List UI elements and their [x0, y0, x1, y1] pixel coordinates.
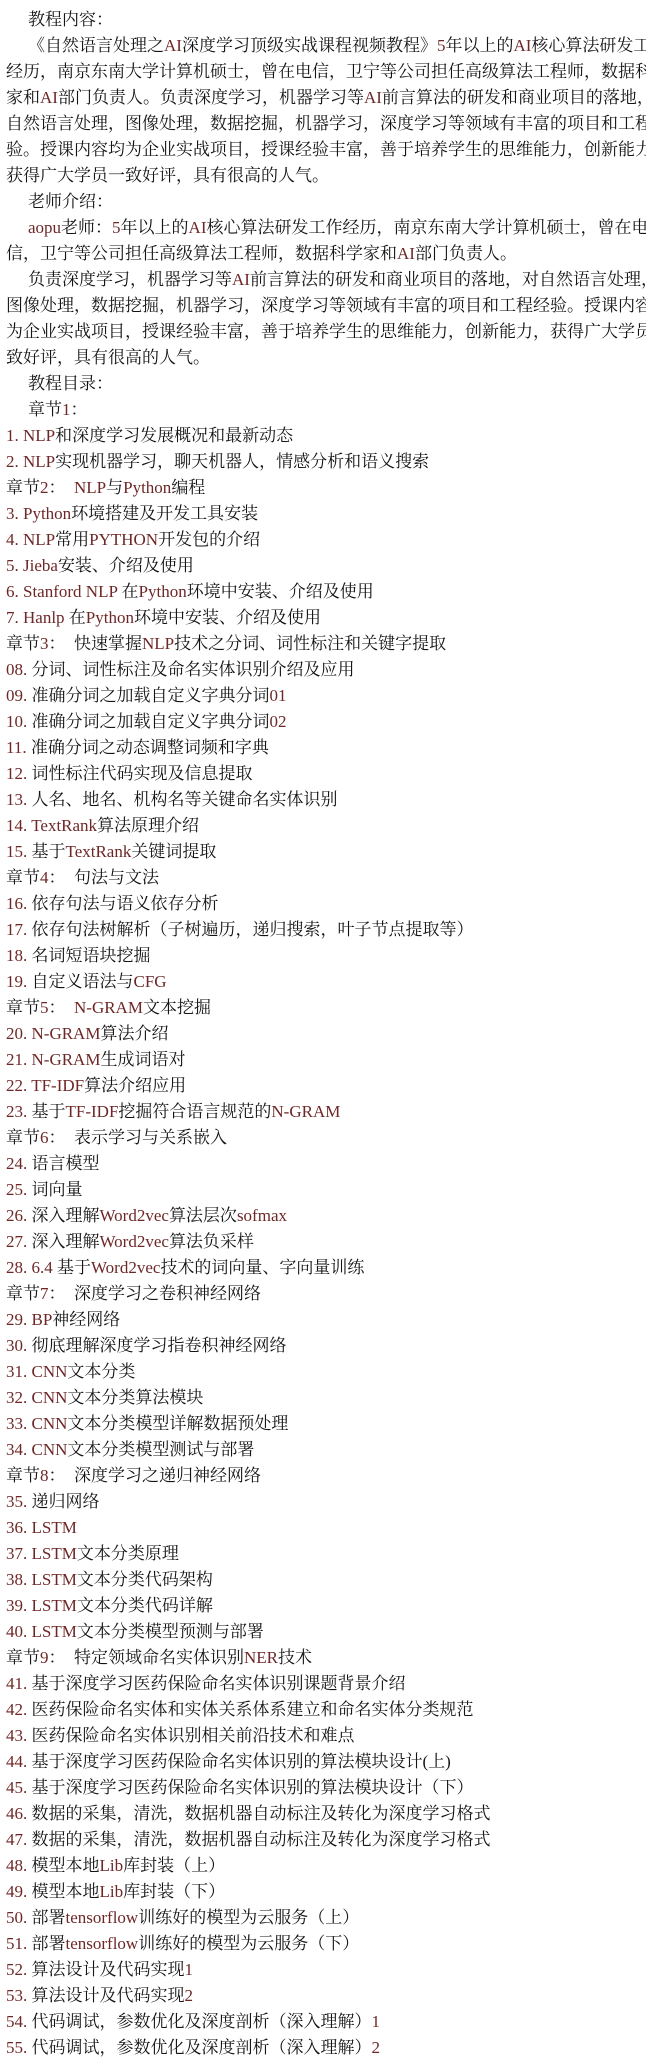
latin-text: Word2vec	[100, 1206, 169, 1225]
catalog-item: 09. 准确分词之加载自定义字典分词01	[6, 683, 646, 709]
latin-text: sofmax	[237, 1206, 287, 1225]
latin-text: 16.	[6, 894, 27, 913]
latin-text: 53.	[6, 1986, 27, 2005]
latin-text: Jieba	[23, 556, 58, 575]
latin-text: 25.	[6, 1180, 27, 1199]
catalog-item: 13. 人名、地名、机构名等关键命名实体识别	[6, 787, 646, 813]
latin-text: TextRank	[66, 842, 132, 861]
catalog-item: 29. BP神经网络	[6, 1307, 646, 1333]
catalog-item: 17. 依存句法树解析（子树遍历，递归搜索，叶子节点提取等）	[6, 917, 646, 943]
catalog-item: 10. 准确分词之加载自定义字典分词02	[6, 709, 646, 735]
intro-line: 章节1：	[6, 397, 646, 423]
chapter-heading: 章节8： 深度学习之递归神经网络	[6, 1463, 646, 1489]
catalog-item: 45. 基于深度学习医药保险命名实体识别的算法模块设计（下）	[6, 1775, 646, 1801]
catalog-item: 47. 数据的采集，清洗，数据机器自动标注及转化为深度学习格式	[6, 1827, 646, 1853]
catalog-item: 11. 准确分词之动态调整词频和字典	[6, 735, 646, 761]
latin-text: LSTM	[32, 1570, 77, 1589]
latin-text: CNN	[32, 1388, 68, 1407]
catalog-item: 2. NLP实现机器学习，聊天机器人，情感分析和语义搜索	[6, 449, 646, 475]
catalog-item: 30. 彻底理解深度学习指卷积神经网络	[6, 1333, 646, 1359]
latin-text: tensorflow	[66, 1908, 139, 1927]
catalog-item: 38. LSTM文本分类代码架构	[6, 1567, 646, 1593]
latin-text: CFG	[134, 972, 167, 991]
latin-text: 41.	[6, 1674, 27, 1693]
catalog-section: 1. NLP和深度学习发展概况和最新动态2. NLP实现机器学习，聊天机器人，情…	[6, 423, 646, 2061]
latin-text: 21.	[6, 1050, 27, 1069]
catalog-item: 7. Hanlp 在Python环境中安装、介绍及使用	[6, 605, 646, 631]
latin-text: LSTM	[32, 1622, 77, 1641]
latin-text: NLP	[142, 634, 174, 653]
latin-text: 1.	[6, 426, 19, 445]
latin-text: 5	[437, 36, 446, 55]
catalog-item: 16. 依存句法与语义依存分析	[6, 891, 646, 917]
latin-text: 55.	[6, 2038, 27, 2057]
latin-text: 6.	[6, 582, 19, 601]
latin-text: 50.	[6, 1908, 27, 1927]
latin-text: Python	[23, 504, 71, 523]
catalog-item: 49. 模型本地Lib库封装（下）	[6, 1879, 646, 1905]
latin-text: 13.	[6, 790, 27, 809]
intro-line: 为企业实战项目，授课经验丰富，善于培养学生的思维能力，创新能力，获得广大学员一	[6, 319, 646, 345]
chapter-heading: 章节5： N-GRAM文本挖掘	[6, 995, 646, 1021]
latin-text: 3	[40, 634, 49, 653]
latin-text: AI	[397, 244, 415, 263]
latin-text: 26.	[6, 1206, 27, 1225]
latin-text: LSTM	[32, 1544, 77, 1563]
latin-text: BP	[32, 1310, 53, 1329]
latin-text: 7	[40, 1284, 49, 1303]
latin-text: tensorflow	[66, 1934, 139, 1953]
intro-line: 自然语言处理，图像处理，数据挖掘，机器学习，深度学习等领域有丰富的项目和工程经	[6, 111, 646, 137]
intro-line: 教程目录：	[6, 371, 646, 397]
latin-text: 30.	[6, 1336, 27, 1355]
latin-text: 4.	[6, 530, 19, 549]
latin-text: Stanford	[23, 582, 82, 601]
latin-text: Word2vec	[100, 1232, 169, 1251]
latin-text: AI	[164, 36, 182, 55]
latin-text: 44.	[6, 1752, 27, 1771]
latin-text: LSTM	[32, 1596, 77, 1615]
latin-text: 19.	[6, 972, 27, 991]
catalog-item: 46. 数据的采集，清洗，数据机器自动标注及转化为深度学习格式	[6, 1801, 646, 1827]
intro-line: 致好评，具有很高的人气。	[6, 345, 646, 371]
latin-text: 4	[40, 868, 49, 887]
latin-text: CNN	[32, 1414, 68, 1433]
latin-text: 17.	[6, 920, 27, 939]
chapter-heading: 章节9： 特定领域命名实体识别NER技术	[6, 1645, 646, 1671]
latin-text: 52.	[6, 1960, 27, 1979]
latin-text: 29.	[6, 1310, 27, 1329]
latin-text: N-GRAM	[271, 1102, 340, 1121]
latin-text: 24.	[6, 1154, 27, 1173]
latin-text: 40.	[6, 1622, 27, 1641]
catalog-item: 6. Stanford NLP 在Python环境中安装、介绍及使用	[6, 579, 646, 605]
latin-text: 12.	[6, 764, 27, 783]
latin-text: Word2vec	[91, 1258, 160, 1277]
latin-text: 5	[112, 218, 121, 237]
latin-text: Python	[86, 608, 134, 627]
latin-text: 2	[185, 1986, 194, 2005]
latin-text: 51.	[6, 1934, 27, 1953]
latin-text: 5	[40, 998, 49, 1017]
latin-text: 1	[372, 2012, 381, 2031]
latin-text: 36.	[6, 1518, 27, 1537]
latin-text: N-GRAM	[32, 1024, 101, 1043]
latin-text: 48.	[6, 1856, 27, 1875]
latin-text: 2	[40, 478, 49, 497]
intro-line: 经历，南京东南大学计算机硕士，曾在电信，卫宁等公司担任高级算法工程师，数据科学	[6, 59, 646, 85]
chapter-heading: 章节6： 表示学习与关系嵌入	[6, 1125, 646, 1151]
latin-text: 6	[40, 1128, 49, 1147]
catalog-item: 1. NLP和深度学习发展概况和最新动态	[6, 423, 646, 449]
intro-line: 老师介绍：	[6, 189, 646, 215]
intro-line: 图像处理，数据挖掘，机器学习，深度学习等领域有丰富的项目和工程经验。授课内容均	[6, 293, 646, 319]
intro-section: 教程内容：《自然语言处理之AI深度学习顶级实战课程视频教程》5年以上的AI核心算…	[6, 7, 646, 423]
course-description-document: 教程内容：《自然语言处理之AI深度学习顶级实战课程视频教程》5年以上的AI核心算…	[0, 0, 650, 2061]
latin-text: 54.	[6, 2012, 27, 2031]
intro-line: 信，卫宁等公司担任高级算法工程师，数据科学家和AI部门负责人。	[6, 241, 646, 267]
catalog-item: 28. 6.4 基于Word2vec技术的词向量、字向量训练	[6, 1255, 646, 1281]
catalog-item: 43. 医药保险命名实体识别相关前沿技术和难点	[6, 1723, 646, 1749]
latin-text: 39.	[6, 1596, 27, 1615]
latin-text: 1	[185, 1960, 194, 1979]
catalog-item: 50. 部署tensorflow训练好的模型为云服务（上）	[6, 1905, 646, 1931]
catalog-item: 24. 语言模型	[6, 1151, 646, 1177]
latin-text: N-GRAM	[32, 1050, 101, 1069]
catalog-item: 35. 递归网络	[6, 1489, 646, 1515]
latin-text: AI	[364, 88, 382, 107]
latin-text: 9	[40, 1648, 49, 1667]
latin-text: 14.	[6, 816, 27, 835]
latin-text: 38.	[6, 1570, 27, 1589]
catalog-item: 19. 自定义语法与CFG	[6, 969, 646, 995]
latin-text: 42.	[6, 1700, 27, 1719]
latin-text: AI	[513, 36, 531, 55]
catalog-item: 54. 代码调试，参数优化及深度剖析（深入理解）1	[6, 2009, 646, 2035]
latin-text: aopu	[28, 218, 61, 237]
catalog-item: 51. 部署tensorflow训练好的模型为云服务（下）	[6, 1931, 646, 1957]
chapter-heading: 章节4： 句法与文法	[6, 865, 646, 891]
catalog-item: 33. CNN文本分类模型详解数据预处理	[6, 1411, 646, 1437]
latin-text: 18.	[6, 946, 27, 965]
latin-text: 34.	[6, 1440, 27, 1459]
catalog-item: 55. 代码调试，参数优化及深度剖析（深入理解）2	[6, 2035, 646, 2061]
latin-text: 15.	[6, 842, 27, 861]
latin-text: TF-IDF	[66, 1102, 119, 1121]
latin-text: 47.	[6, 1830, 27, 1849]
latin-text: NER	[244, 1648, 278, 1667]
catalog-item: 41. 基于深度学习医药保险命名实体识别课题背景介绍	[6, 1671, 646, 1697]
latin-text: 28.	[6, 1258, 27, 1277]
catalog-item: 23. 基于TF-IDF挖掘符合语言规范的N-GRAM	[6, 1099, 646, 1125]
latin-text: TextRank	[31, 816, 97, 835]
latin-text: NLP	[86, 582, 118, 601]
latin-text: 31.	[6, 1362, 27, 1381]
latin-text: Python	[123, 478, 171, 497]
catalog-item: 27. 深入理解Word2vec算法负采样	[6, 1229, 646, 1255]
latin-text: PYTHON	[89, 530, 158, 549]
chapter-heading: 章节2： NLP与Python编程	[6, 475, 646, 501]
chapter-heading: 章节3： 快速掌握NLP技术之分词、词性标注和关键字提取	[6, 631, 646, 657]
latin-text: 35.	[6, 1492, 27, 1511]
latin-text: CNN	[32, 1440, 68, 1459]
catalog-item: 22. TF-IDF算法介绍应用	[6, 1073, 646, 1099]
catalog-item: 21. N-GRAM生成词语对	[6, 1047, 646, 1073]
latin-text: Lib	[100, 1882, 124, 1901]
latin-text: AI	[189, 218, 207, 237]
latin-text: 37.	[6, 1544, 27, 1563]
latin-text: Lib	[100, 1856, 124, 1875]
latin-text: 01	[270, 686, 287, 705]
latin-text: Python	[139, 582, 187, 601]
latin-text: 2.	[6, 452, 19, 471]
catalog-item: 53. 算法设计及代码实现2	[6, 1983, 646, 2009]
latin-text: 09.	[6, 686, 27, 705]
latin-text: 10.	[6, 712, 27, 731]
catalog-item: 18. 名词短语块挖掘	[6, 943, 646, 969]
catalog-item: 3. Python环境搭建及开发工具安装	[6, 501, 646, 527]
chapter-heading: 章节7： 深度学习之卷积神经网络	[6, 1281, 646, 1307]
latin-text: NLP	[23, 530, 55, 549]
intro-line: 负责深度学习，机器学习等AI前言算法的研发和商业项目的落地，对自然语言处理，	[6, 267, 646, 293]
catalog-item: 08. 分词、词性标注及命名实体识别介绍及应用	[6, 657, 646, 683]
latin-text: 02	[270, 712, 287, 731]
latin-text: 3.	[6, 504, 19, 523]
catalog-item: 52. 算法设计及代码实现1	[6, 1957, 646, 1983]
intro-line: aopu老师：5年以上的AI核心算法研发工作经历，南京东南大学计算机硕士，曾在电	[6, 215, 646, 241]
catalog-item: 37. LSTM文本分类原理	[6, 1541, 646, 1567]
catalog-item: 5. Jieba安装、介绍及使用	[6, 553, 646, 579]
catalog-item: 26. 深入理解Word2vec算法层次sofmax	[6, 1203, 646, 1229]
catalog-item: 14. TextRank算法原理介绍	[6, 813, 646, 839]
catalog-item: 4. NLP常用PYTHON开发包的介绍	[6, 527, 646, 553]
latin-text: 1	[62, 400, 71, 419]
latin-text: 7.	[6, 608, 19, 627]
latin-text: 5.	[6, 556, 19, 575]
intro-line: 家和AI部门负责人。负责深度学习，机器学习等AI前言算法的研发和商业项目的落地，…	[6, 85, 646, 111]
intro-line: 教程内容：	[6, 7, 646, 33]
catalog-item: 25. 词向量	[6, 1177, 646, 1203]
catalog-item: 36. LSTM	[6, 1515, 646, 1541]
catalog-item: 20. N-GRAM算法介绍	[6, 1021, 646, 1047]
intro-line: 获得广大学员一致好评，具有很高的人气。	[6, 163, 646, 189]
latin-text: AI	[40, 88, 58, 107]
catalog-item: 48. 模型本地Lib库封装（上）	[6, 1853, 646, 1879]
latin-text: 33.	[6, 1414, 27, 1433]
latin-text: 45.	[6, 1778, 27, 1797]
catalog-item: 34. CNN文本分类模型测试与部署	[6, 1437, 646, 1463]
latin-text: 6.4	[32, 1258, 53, 1277]
catalog-item: 32. CNN文本分类算法模块	[6, 1385, 646, 1411]
catalog-item: 39. LSTM文本分类代码详解	[6, 1593, 646, 1619]
intro-line: 验。授课内容均为企业实战项目，授课经验丰富，善于培养学生的思维能力，创新能力，	[6, 137, 646, 163]
catalog-item: 31. CNN文本分类	[6, 1359, 646, 1385]
catalog-item: 40. LSTM文本分类模型预测与部署	[6, 1619, 646, 1645]
latin-text: CNN	[32, 1362, 68, 1381]
latin-text: 27.	[6, 1232, 27, 1251]
latin-text: 2	[372, 2038, 381, 2057]
catalog-item: 12. 词性标注代码实现及信息提取	[6, 761, 646, 787]
catalog-item: 42. 医药保险命名实体和实体关系体系建立和命名实体分类规范	[6, 1697, 646, 1723]
latin-text: Hanlp	[23, 608, 65, 627]
latin-text: 22.	[6, 1076, 27, 1095]
catalog-item: 15. 基于TextRank关键词提取	[6, 839, 646, 865]
latin-text: NLP	[23, 452, 55, 471]
latin-text: 8	[40, 1466, 49, 1485]
latin-text: 23.	[6, 1102, 27, 1121]
latin-text: LSTM	[32, 1518, 77, 1537]
catalog-item: 44. 基于深度学习医药保险命名实体识别的算法模块设计(上)	[6, 1749, 646, 1775]
latin-text: 20.	[6, 1024, 27, 1043]
latin-text: 49.	[6, 1882, 27, 1901]
latin-text: TF-IDF	[31, 1076, 84, 1095]
intro-line: 《自然语言处理之AI深度学习顶级实战课程视频教程》5年以上的AI核心算法研发工作	[6, 33, 646, 59]
latin-text: 46.	[6, 1804, 27, 1823]
latin-text: AI	[232, 270, 250, 289]
latin-text: 11.	[6, 738, 27, 757]
latin-text: NLP	[74, 478, 106, 497]
latin-text: NLP	[23, 426, 55, 445]
latin-text: 08.	[6, 660, 27, 679]
latin-text: N-GRAM	[74, 998, 143, 1017]
latin-text: 32.	[6, 1388, 27, 1407]
latin-text: 43.	[6, 1726, 27, 1745]
